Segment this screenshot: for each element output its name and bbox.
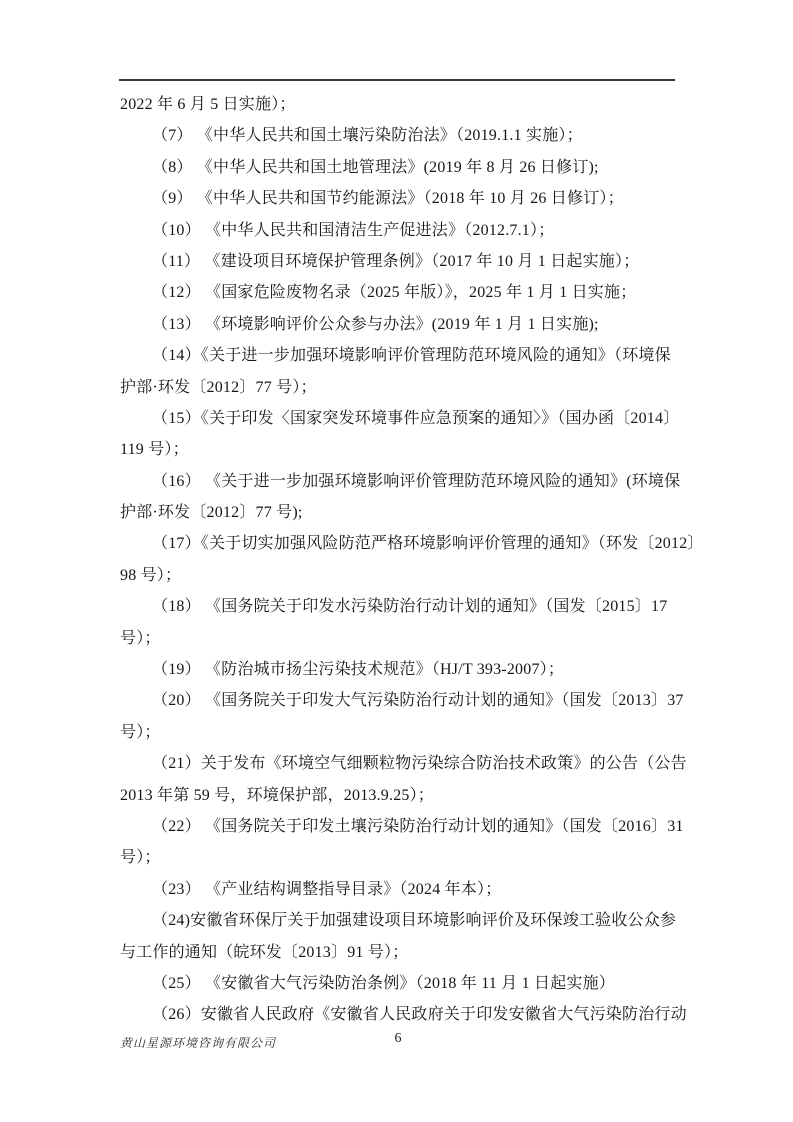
text-line: （22） 《国务院关于印发土壤污染防治行动计划的通知》（国发〔2016〕31: [120, 811, 678, 842]
text-line: 号）；: [120, 717, 678, 748]
text-line: （15）《关于印发〈国家突发环境事件应急预案的通知〉》（国办函〔2014〕: [120, 403, 678, 434]
text-line: 护部·环发〔2012〕77 号);: [120, 497, 678, 528]
text-line: （13） 《环境影响评价公众参与办法》(2019 年 1 月 1 日实施);: [120, 309, 678, 340]
text-line: 119 号）；: [120, 434, 678, 465]
header-rule: [119, 79, 675, 81]
text-line: 98 号）；: [120, 560, 678, 591]
text-line: （18） 《国务院关于印发水污染防治行动计划的通知》（国发〔2015〕17: [120, 591, 678, 622]
text-line: （12） 《国家危险废物名录（2025 年版）》，2025 年 1 月 1 日实…: [120, 277, 678, 308]
text-line: （23） 《产业结构调整指导目录》（2024 年本）；: [120, 874, 678, 905]
text-line: （8） 《中华人民共和国土地管理法》(2019 年 8 月 26 日修订);: [120, 152, 678, 183]
text-line: （17）《关于切实加强风险防范严格环境影响评价管理的通知》（环发〔2012〕: [120, 528, 678, 559]
text-line: （26）安徽省人民政府《安徽省人民政府关于印发安徽省大气污染防治行动: [120, 999, 678, 1030]
text-line: （19） 《防治城市扬尘污染技术规范》（HJ/T 393-2007）；: [120, 654, 678, 685]
document-page: 2022 年 6 月 5 日实施）；（7） 《中华人民共和国土壤污染防治法》（2…: [0, 0, 793, 1122]
text-line: 2022 年 6 月 5 日实施）；: [120, 89, 678, 120]
text-line: 护部·环发〔2012〕77 号）；: [120, 372, 678, 403]
text-line: （7） 《中华人民共和国土壤污染防治法》（2019.1.1 实施）；: [120, 120, 678, 151]
footer-company-name: 黄山星源环境咨询有限公司: [120, 1034, 276, 1051]
text-line: 号）；: [120, 623, 678, 654]
text-line: （11） 《建设项目环境保护管理条例》（2017 年 10 月 1 日起实施）；: [120, 246, 678, 277]
text-line: （16） 《关于进一步加强环境影响评价管理防范环境风险的通知》(环境保: [120, 466, 678, 497]
text-line: （24)安徽省环保厅关于加强建设项目环境影响评价及环保竣工验收公众参: [120, 905, 678, 936]
text-line: （14）《关于进一步加强环境影响评价管理防范环境风险的通知》（环境保: [120, 340, 678, 371]
document-lines: 2022 年 6 月 5 日实施）；（7） 《中华人民共和国土壤污染防治法》（2…: [120, 89, 678, 1031]
text-line: 与工作的通知（皖环发〔2013〕91 号）；: [120, 937, 678, 968]
text-line: （10） 《中华人民共和国清洁生产促进法》（2012.7.1）；: [120, 215, 678, 246]
text-line: （21）关于发布《环境空气细颗粒物污染综合防治技术政策》的公告（公告: [120, 748, 678, 779]
text-line: 号）；: [120, 842, 678, 873]
text-line: （20） 《国务院关于印发大气污染防治行动计划的通知》（国发〔2013〕37: [120, 685, 678, 716]
text-line: （25） 《安徽省大气污染防治条例》（2018 年 11 月 1 日起实施）: [120, 968, 678, 999]
text-line: （9） 《中华人民共和国节约能源法》（2018 年 10 月 26 日修订）；: [120, 183, 678, 214]
page-footer: 6 黄山星源环境咨询有限公司: [120, 1031, 676, 1051]
text-line: 2013 年第 59 号，环境保护部，2013.9.25）；: [120, 780, 678, 811]
